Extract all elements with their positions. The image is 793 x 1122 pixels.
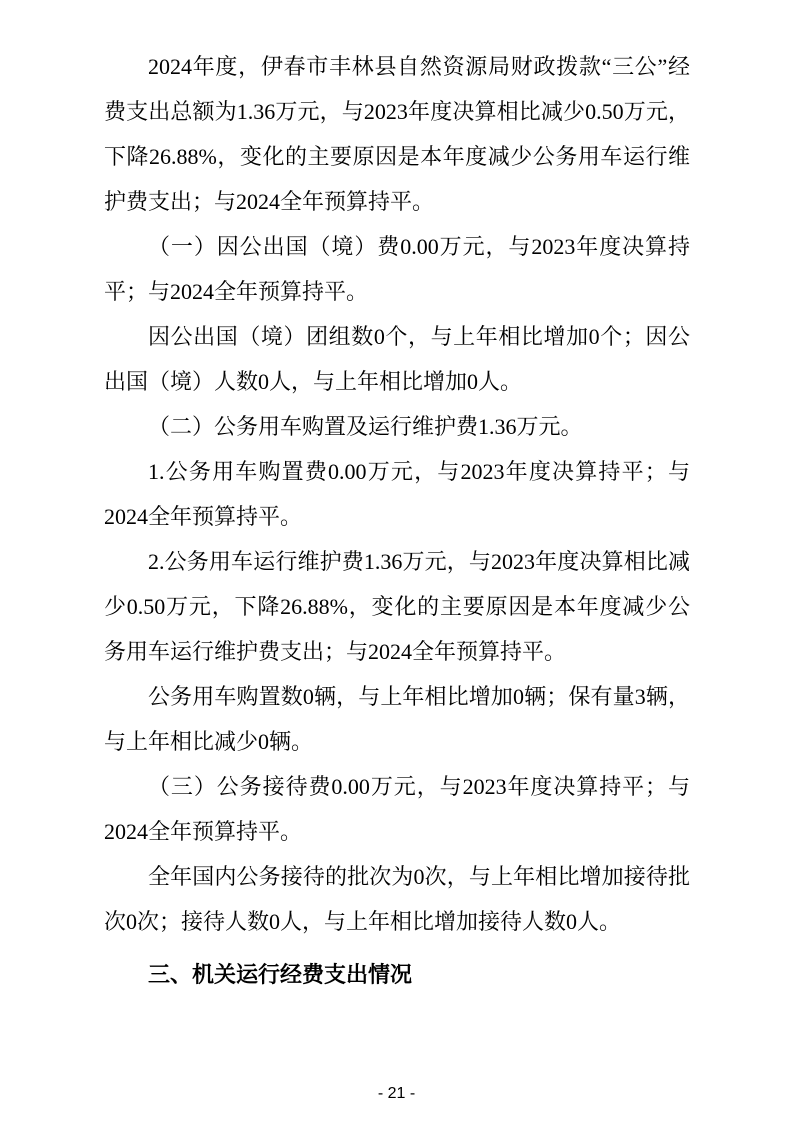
page-number: - 21 -: [0, 1083, 793, 1105]
document-page: 2024年度，伊春市丰林县自然资源局财政拨款“三公”经费支出总额为1.36万元，…: [0, 0, 793, 1122]
para-abroad-fee: （一）因公出国（境）费0.00万元，与2023年度决算持平；与2024全年预算持…: [104, 224, 690, 314]
para-vehicle-total: （二）公务用车购置及运行维护费1.36万元。: [104, 404, 690, 449]
para-vehicle-maintenance: 2.公务用车运行维护费1.36万元，与2023年度决算相比减少0.50万元，下降…: [104, 539, 690, 674]
para-vehicle-purchase: 1.公务用车购置费0.00万元，与2023年度决算持平；与2024全年预算持平。: [104, 449, 690, 539]
document-body: 2024年度，伊春市丰林县自然资源局财政拨款“三公”经费支出总额为1.36万元，…: [104, 44, 690, 997]
para-reception-count: 全年国内公务接待的批次为0次，与上年相比增加接待批次0次；接待人数0人，与上年相…: [104, 854, 690, 944]
para-reception-fee: （三）公务接待费0.00万元，与2023年度决算持平；与2024全年预算持平。: [104, 764, 690, 854]
para-abroad-groups: 因公出国（境）团组数0个，与上年相比增加0个；因公出国（境）人数0人，与上年相比…: [104, 314, 690, 404]
section-heading: 三、机关运行经费支出情况: [104, 952, 690, 997]
para-vehicle-count: 公务用车购置数0辆，与上年相比增加0辆；保有量3辆，与上年相比减少0辆。: [104, 674, 690, 764]
para-sangong-total: 2024年度，伊春市丰林县自然资源局财政拨款“三公”经费支出总额为1.36万元，…: [104, 44, 690, 224]
